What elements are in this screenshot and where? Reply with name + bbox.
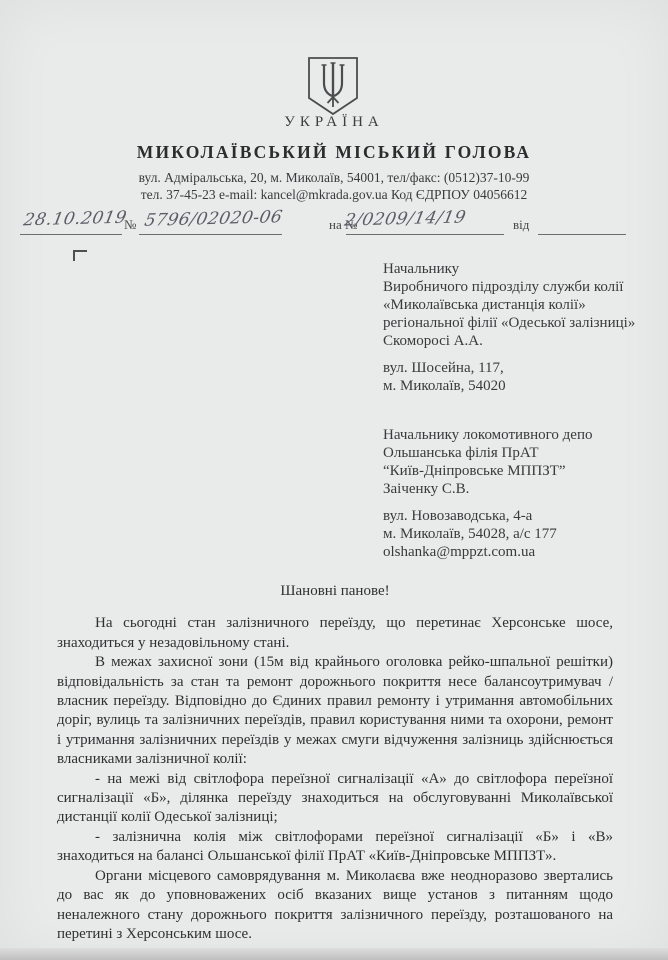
recipient-address-line: м. Миколаїв, 54028, а/с 177 xyxy=(383,525,653,543)
handwritten-incoming-number: 2/0209/14/19 xyxy=(343,207,468,230)
recipient-line: “Київ-Дніпровське МППЗТ” xyxy=(383,462,653,480)
recipient-line: Ольшанська філія ПрАТ xyxy=(383,444,653,462)
country-name: УКРАЇНА xyxy=(0,114,668,131)
from-date-label: від xyxy=(513,217,529,233)
recipient-email: olshanka@mppzt.com.ua xyxy=(383,543,653,561)
letterhead-address-line-1: вул. Адміральська, 20, м. Миколаїв, 5400… xyxy=(0,170,668,186)
date-underline xyxy=(20,234,122,235)
ukraine-trident-icon xyxy=(306,56,360,116)
scanned-letter-page: УКРАЇНА МИКОЛАЇВСЬКИЙ МІСЬКИЙ ГОЛОВА вул… xyxy=(0,0,668,960)
recipient-address-line: вул. Шосейна, 117, xyxy=(383,359,653,377)
outgoing-number-underline xyxy=(139,234,282,235)
letter-body: Шановні панове! На сьогодні стан залізни… xyxy=(57,582,613,944)
body-paragraph: В межах захисної зони (15м від крайнього… xyxy=(57,653,613,769)
recipient-line: регіональної філії «Одеської залізниці» xyxy=(383,314,653,332)
incoming-number-underline xyxy=(346,234,504,235)
handwritten-date: 28.10.2019 xyxy=(22,208,129,231)
organization-title: МИКОЛАЇВСЬКИЙ МІСЬКИЙ ГОЛОВА xyxy=(0,142,668,163)
recipient-block-railway-distance: Начальнику Виробничого підрозділу служби… xyxy=(383,260,653,395)
salutation: Шановні панове! xyxy=(57,582,613,601)
recipient-block-locomotive-depot: Начальнику локомотивного депо Ольшанська… xyxy=(383,426,653,561)
body-paragraph: Органи місцевого самоврядування м. Микол… xyxy=(57,867,613,945)
body-paragraph-bullet: - залізнична колія між світлофорами пере… xyxy=(57,828,613,867)
recipient-address: вул. Шосейна, 117, м. Миколаїв, 54020 xyxy=(383,359,653,395)
corner-mark xyxy=(73,250,87,261)
recipient-name: Заіченку С.В. xyxy=(383,480,653,498)
recipient-line: Начальнику xyxy=(383,260,653,278)
body-paragraph: На сьогодні стан залізничного переїзду, … xyxy=(57,614,613,653)
number-label: № xyxy=(124,217,136,233)
recipient-address: вул. Новозаводська, 4-а м. Миколаїв, 540… xyxy=(383,507,653,561)
scan-edge-bar xyxy=(0,948,668,960)
recipient-line: «Миколаївська дистанція колії» xyxy=(383,296,653,314)
letterhead-address-line-2: тел. 37-45-23 e-mail: kancel@mkrada.gov.… xyxy=(0,187,668,203)
recipient-line: Начальнику локомотивного депо xyxy=(383,426,653,444)
recipient-address-line: м. Миколаїв, 54020 xyxy=(383,377,653,395)
recipient-address-line: вул. Новозаводська, 4-а xyxy=(383,507,653,525)
recipient-name: Скоморосі А.А. xyxy=(383,332,653,350)
body-paragraph-bullet: - на межі від світлофора переїзної сигна… xyxy=(57,770,613,828)
handwritten-outgoing-number: 5796/02020-06 xyxy=(143,207,284,231)
recipient-line: Виробничого підрозділу служби колії xyxy=(383,278,653,296)
from-date-underline xyxy=(538,234,626,235)
